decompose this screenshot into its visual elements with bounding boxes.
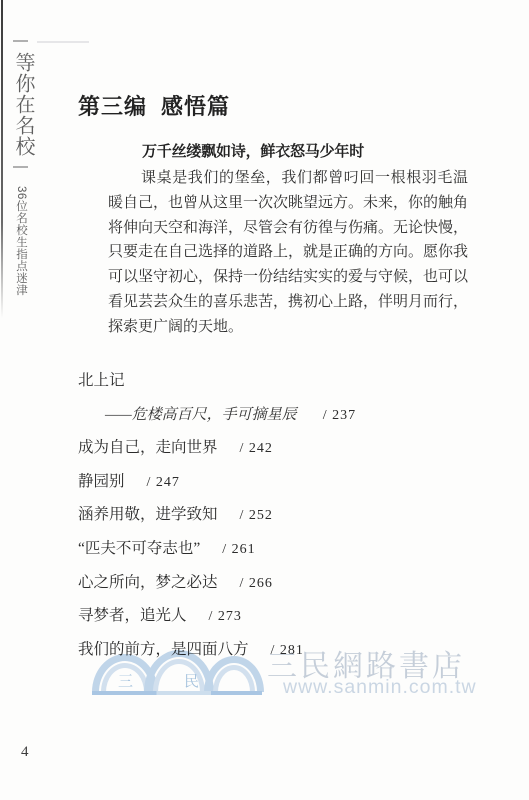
- toc-item: 成为自己，走向世界/ 242: [78, 432, 468, 466]
- spine-book-subtitle: 36位名校生指点迷津: [13, 186, 29, 296]
- toc-item-page: / 273: [209, 609, 242, 624]
- logo-baseline: [92, 691, 262, 695]
- toc-item-page: / 281: [271, 643, 304, 658]
- toc-item-title: 成为自己，走向世界: [78, 439, 218, 456]
- spine-book-title: 等你在名校: [9, 52, 38, 157]
- toc-item: 心之所向，梦之必达/ 266: [78, 567, 468, 601]
- toc-item: 静园别/ 247: [78, 466, 468, 500]
- toc-item-title: 静园别: [78, 473, 125, 490]
- essay-title: 万千丝缕飘如诗，鲜衣怒马少年时: [142, 140, 364, 161]
- toc-item-title: 涵养用敬，进学致知: [78, 506, 218, 523]
- toc-item-page: / 237: [323, 408, 356, 423]
- toc-item: 寻梦者，追光人/ 273: [78, 600, 468, 634]
- toc-item-subtitle: ——危楼高百尺，手可摘星辰/ 237: [78, 399, 468, 433]
- scan-artifact-dash: [37, 41, 89, 43]
- section-part-label: 第三编: [78, 94, 147, 119]
- spine-divider-middle: [13, 166, 28, 168]
- toc-item: 北上记: [78, 365, 468, 399]
- section-part-name: 感悟篇: [161, 94, 230, 119]
- scanned-book-page: { "page": { "number": "4" }, "spine": { …: [0, 0, 529, 800]
- logo-char: 三: [118, 670, 133, 691]
- section-title: 第三编感悟篇: [78, 90, 230, 121]
- toc-item-page: / 266: [240, 576, 273, 591]
- toc-item: “匹夫不可夺志也”/ 261: [78, 533, 468, 567]
- toc-item-page: / 252: [240, 508, 273, 523]
- watermark-url: www.sanmin.com.tw: [283, 676, 477, 699]
- toc-item-title: 寻梦者，追光人: [78, 607, 187, 624]
- table-of-contents: 北上记 ——危楼高百尺，手可摘星辰/ 237 成为自己，走向世界/ 242 静园…: [78, 365, 468, 667]
- logo-char: 民: [184, 670, 199, 691]
- scan-edge-line: [1, 0, 3, 318]
- toc-item-title: “匹夫不可夺志也”: [78, 540, 200, 557]
- spine-divider-top: [13, 40, 28, 42]
- essay-paragraph: 课桌是我们的堡垒，我们都曾叼回一根根羽毛温暖自己，也曾从这里一次次眺望远方。未来…: [108, 166, 468, 340]
- toc-item-title: 北上记: [78, 372, 125, 389]
- toc-item: 我们的前方，是四面八方/ 281: [78, 634, 468, 668]
- page-number: 4: [21, 744, 29, 761]
- toc-item-title: ——危楼高百尺，手可摘星辰: [105, 407, 297, 423]
- toc-item-title: 我们的前方，是四面八方: [78, 641, 249, 658]
- toc-item-page: / 261: [222, 542, 255, 557]
- toc-item-page: / 242: [240, 441, 273, 456]
- toc-item-title: 心之所向，梦之必达: [78, 574, 218, 591]
- toc-item: 涵养用敬，进学致知/ 252: [78, 499, 468, 533]
- toc-item-page: / 247: [147, 475, 180, 490]
